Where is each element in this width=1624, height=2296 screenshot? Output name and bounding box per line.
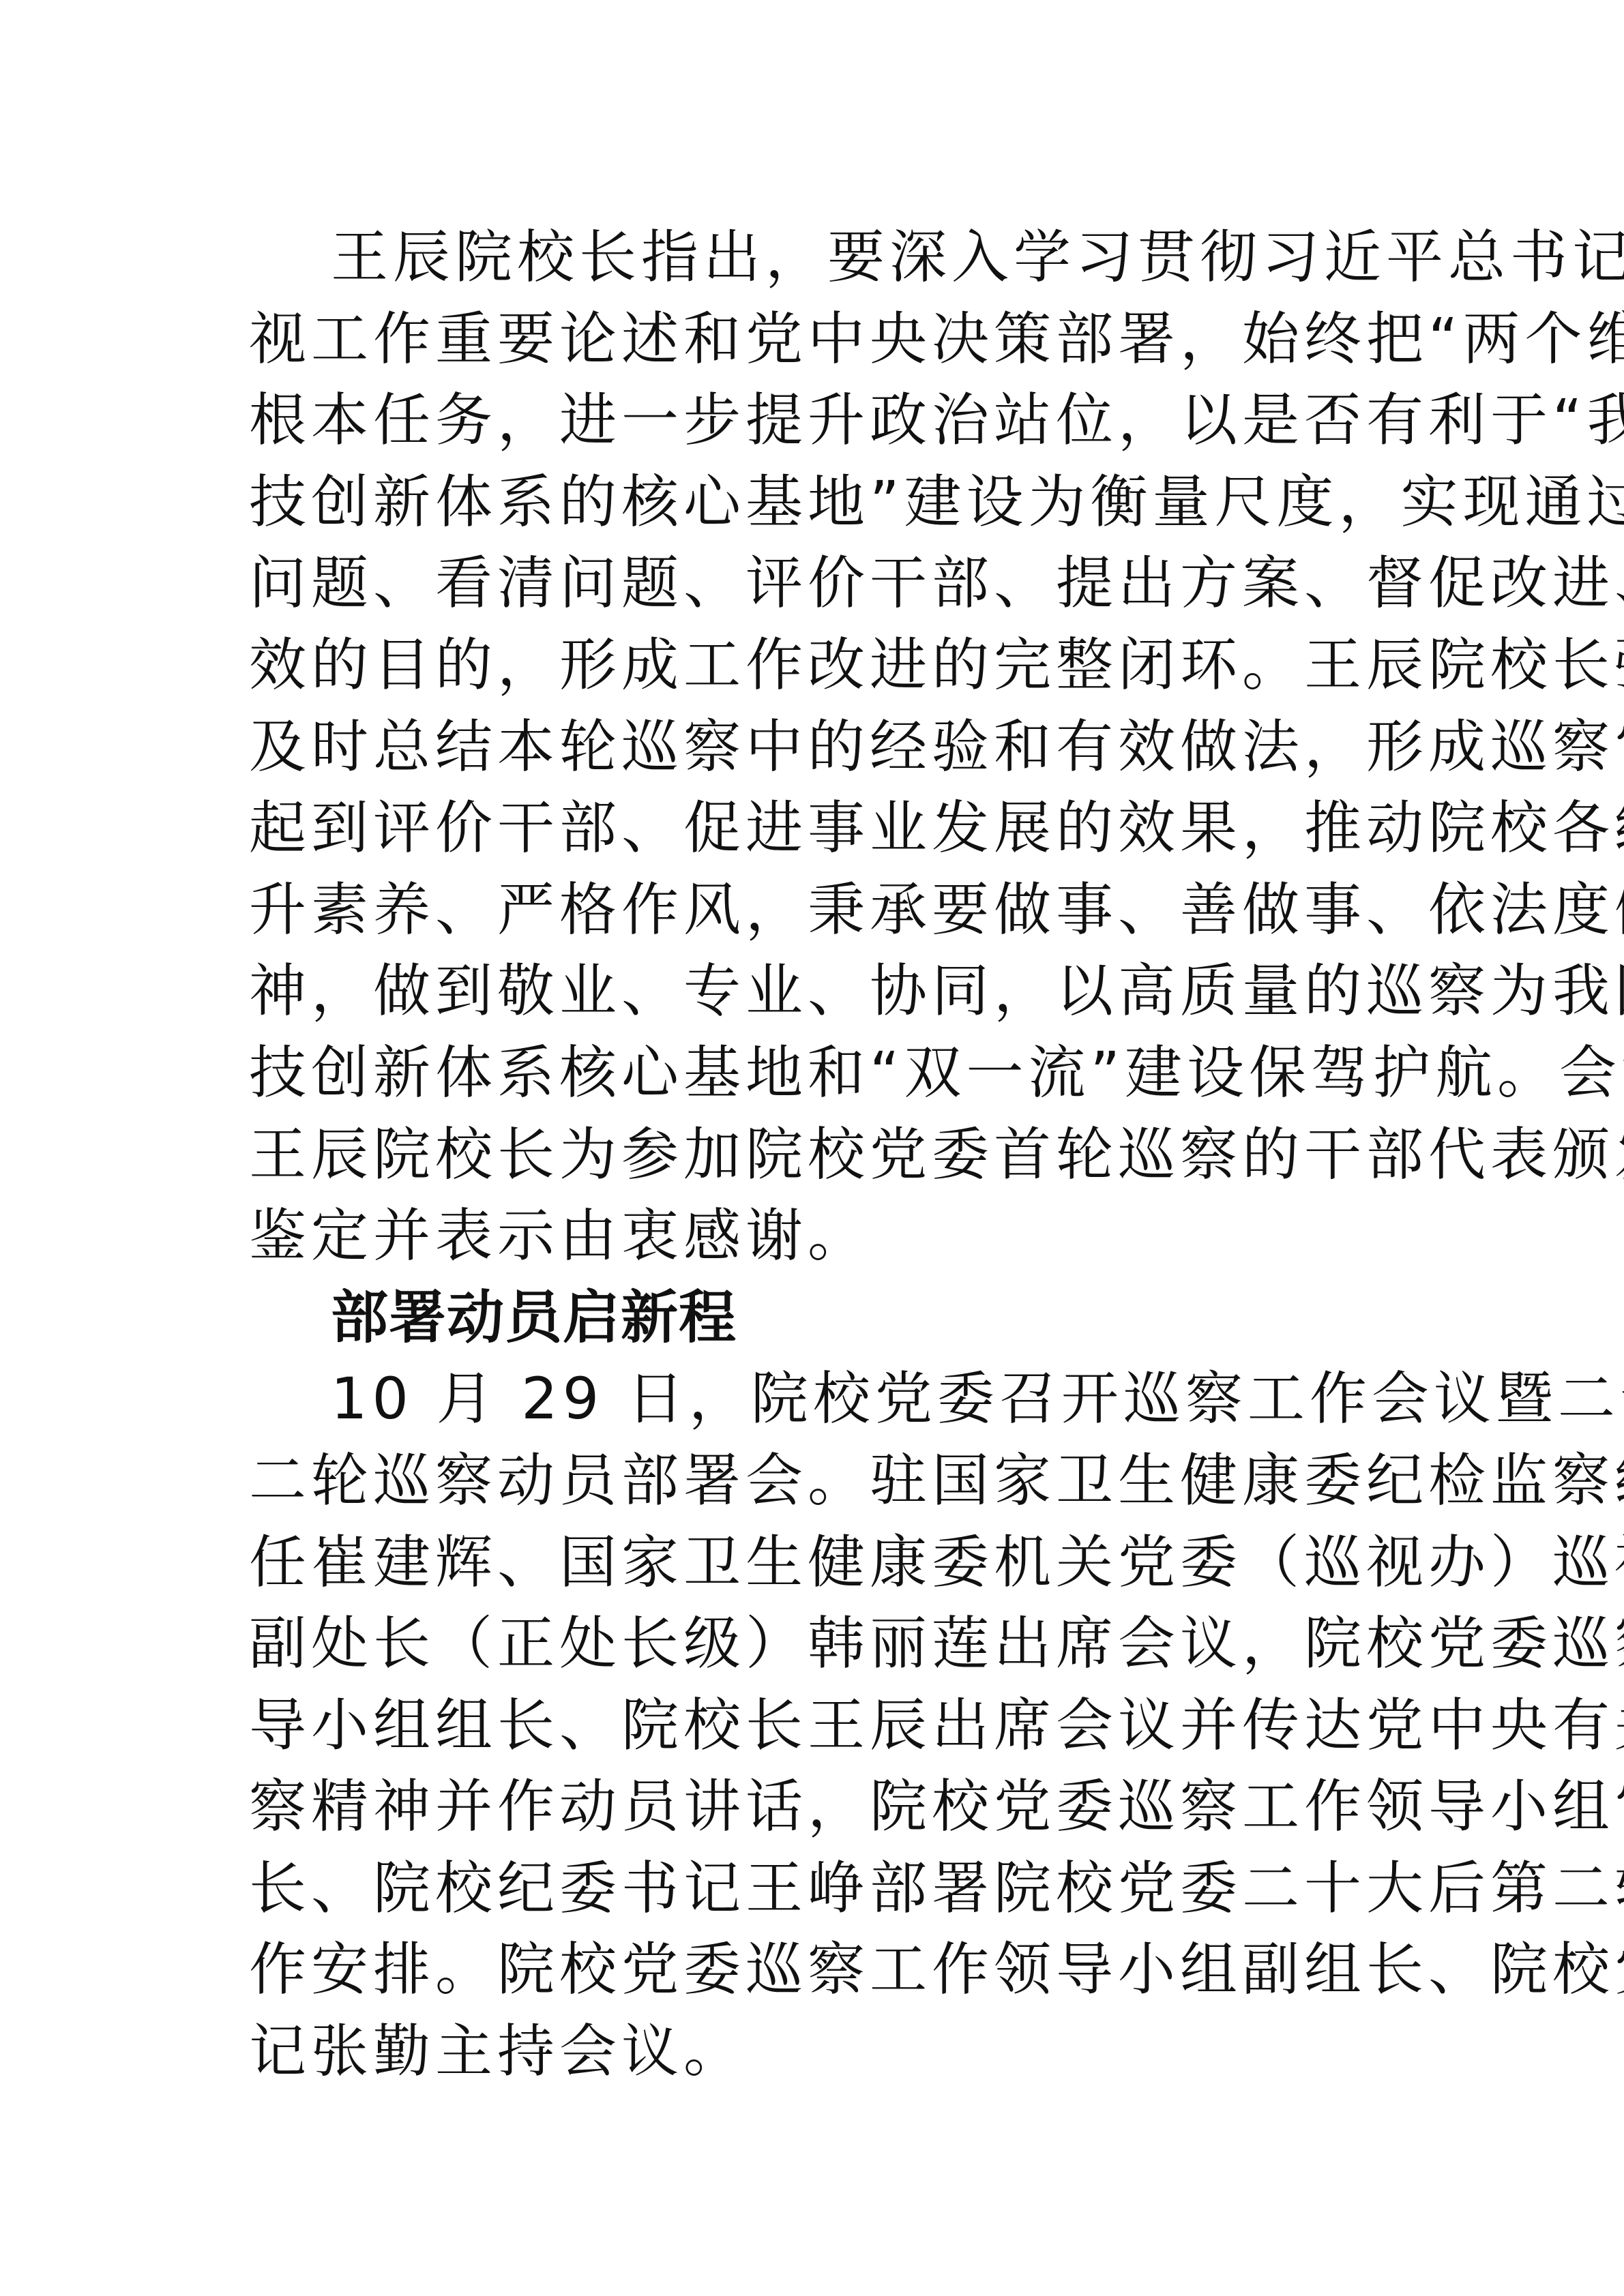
text-line: 察精神并作动员讲话，院校党委巡察工作领导小组常务副组 [249, 1766, 1381, 1848]
text-line: 作安排。院校党委巡察工作领导小组副组长、院校党委副书 [249, 1929, 1381, 2011]
text-line: 根本任务，进一步提升政治站位，以是否有利于“我国医学科 [249, 380, 1381, 462]
text-line: 问题、看清问题、评价干部、提出方案、督促改进、取得实 [249, 543, 1381, 625]
text-line: 二轮巡察动员部署会。驻国家卫生健康委纪检监察组三室主 [249, 1440, 1381, 1522]
text-line: 效的目的，形成工作改进的完整闭环。王辰院校长强调，要 [249, 625, 1381, 706]
text-line: 10 月 29 日，院校党委召开巡察工作会议暨二十大后第 [249, 1358, 1381, 1440]
document-page: 王辰院校长指出，要深入学习贯彻习近平总书记关于巡 视工作重要论述和党中央决策部署… [249, 217, 1381, 2093]
text-line: 王辰院校长为参加院校党委首轮巡察的干部代表颁发个人 [249, 1114, 1381, 1196]
text-line: 技创新体系的核心基地”建设为衡量尺度，实现通过巡察看到 [249, 462, 1381, 543]
text-line: 长、院校纪委书记王峥部署院校党委二十大后第二轮巡察工 [249, 1848, 1381, 1930]
text-line: 视工作重要论述和党中央决策部署，始终把“两个维护”作为 [249, 299, 1381, 381]
text-line: 副处长（正处长级）韩丽莲出席会议，院校党委巡察工作领 [249, 1603, 1381, 1685]
text-line: 及时总结本轮巡察中的经验和有效做法，形成巡察常态机制， [249, 706, 1381, 788]
paragraph-remarks: 王辰院校长指出，要深入学习贯彻习近平总书记关于巡 视工作重要论述和党中央决策部署… [249, 217, 1381, 1277]
text-line: 技创新体系核心基地和“双一流”建设保驾护航。会议期间， [249, 1032, 1381, 1114]
text-line: 鉴定并表示由衷感谢。 [249, 1195, 1381, 1277]
text-line: 王辰院校长指出，要深入学习贯彻习近平总书记关于巡 [249, 217, 1381, 299]
paragraph-meeting: 10 月 29 日，院校党委召开巡察工作会议暨二十大后第 二轮巡察动员部署会。驻… [249, 1358, 1381, 2092]
text-line: 记张勤主持会议。 [249, 2011, 1381, 2093]
text-line: 导小组组长、院校长王辰出席会议并传达党中央有关巡视巡 [249, 1685, 1381, 1767]
text-line: 神，做到敬业、专业、协同，以高质量的巡察为我国医学科 [249, 951, 1381, 1032]
text-line: 升素养、严格作风，秉承要做事、善做事、依法度做事的精 [249, 869, 1381, 951]
text-line: 任崔建辉、国家卫生健康委机关党委（巡视办）巡视工作处 [249, 1522, 1381, 1604]
text-line: 起到评价干部、促进事业发展的效果，推动院校各级干部提 [249, 788, 1381, 869]
section-heading: 部署动员启新程 [249, 1277, 1381, 1359]
